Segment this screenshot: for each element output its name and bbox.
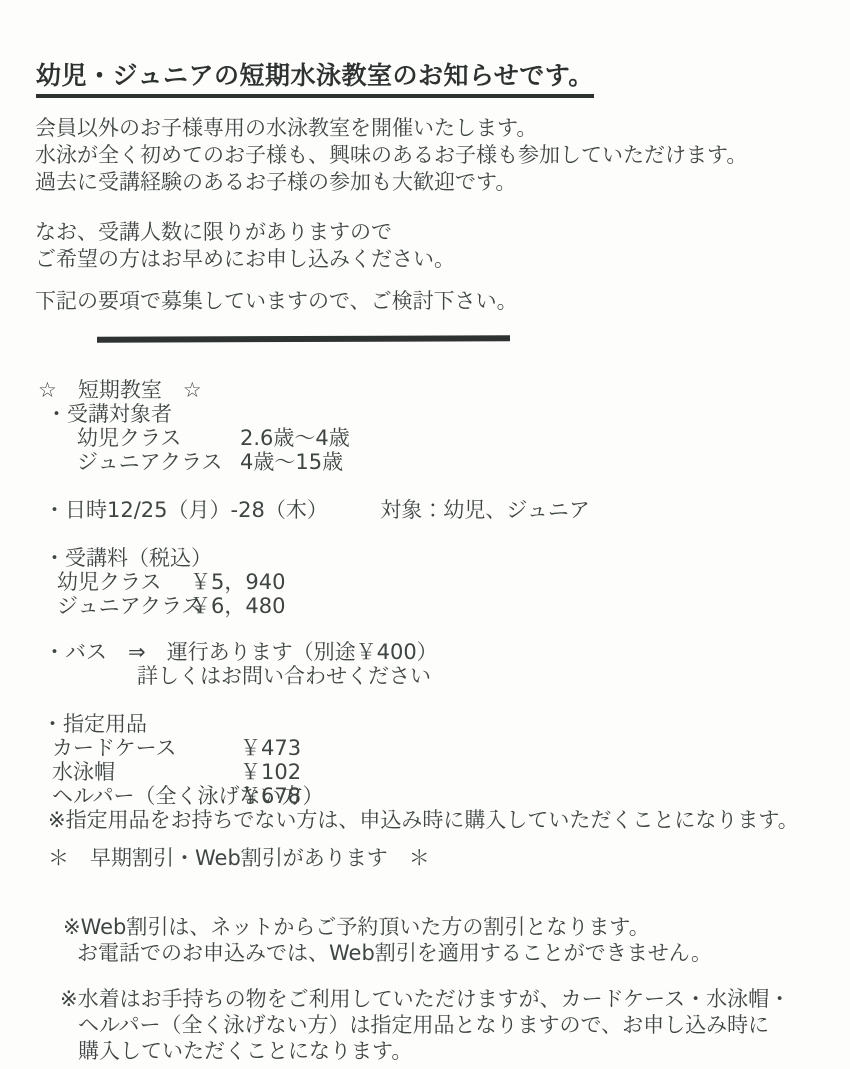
fee-label: ・受講料（税込） bbox=[44, 546, 835, 570]
text-line: ※Web割引は、ネットからご予約頂いた方の割引となります。 bbox=[63, 914, 835, 940]
item-name: カードケース bbox=[52, 736, 240, 760]
text-line: 水泳が全く初めてのお子様も、興味のあるお子様も参加していただけます。 bbox=[35, 142, 835, 169]
item-price: ￥102 bbox=[240, 760, 301, 784]
text-line: 購入していただくことになります。 bbox=[78, 1038, 835, 1064]
text-line: 過去に受講経験のあるお子様の参加も大歓迎です。 bbox=[35, 169, 835, 196]
fee-row: 幼児クラス ￥5，940 bbox=[57, 570, 835, 594]
goods-row: カードケース ￥473 bbox=[52, 736, 835, 760]
text-line: お電話でのお申込みでは、Web割引を適用することができません。 bbox=[77, 940, 835, 966]
swimwear-note: ※水着はお手持ちの物をご利用していただけますが、カードケース・水泳帽・ ヘルパー… bbox=[35, 986, 835, 1064]
fee-row: ジュニアクラス ￥6，480 bbox=[57, 594, 835, 618]
fee-price: ￥6，480 bbox=[190, 594, 285, 618]
bus-info: ・バス ⇒ 運行あります（別途￥400） 詳しくはお問い合わせください bbox=[35, 640, 835, 688]
goods-note: ※指定用品をお持ちでない方は、申込み時に購入していただくことになります。 bbox=[48, 808, 835, 832]
scanned-notice-page: 幼児・ジュニアの短期水泳教室のお知らせです。 会員以外のお子様専用の水泳教室を開… bbox=[0, 0, 850, 1069]
fee-price: ￥5，940 bbox=[190, 570, 285, 594]
class-name: 幼児クラス bbox=[77, 426, 240, 450]
audience-row: 幼児クラス 2.6歳～4歳 bbox=[77, 426, 835, 450]
course-section: ☆ 短期教室 ☆ ・受講対象者 幼児クラス 2.6歳～4歳 ジュニアクラス 4歳… bbox=[35, 378, 835, 870]
intro-paragraph-3: 下記の要項で募集していますので、ご検討下さい。 bbox=[35, 288, 835, 315]
intro-paragraph-1: 会員以外のお子様専用の水泳教室を開催いたします。 水泳が全く初めてのお子様も、興… bbox=[35, 115, 835, 196]
item-price: ￥473 bbox=[240, 736, 301, 760]
bus-line-1: ・バス ⇒ 運行あります（別途￥400） bbox=[44, 640, 835, 664]
discount-promo-line: ＊ 早期割引・Web割引があります ＊ bbox=[48, 846, 835, 870]
class-name: ジュニアクラス bbox=[77, 450, 240, 474]
intro-paragraph-2: なお、受講人数に限りがありますので ご希望の方はお早めにお申し込みください。 bbox=[35, 219, 835, 273]
item-price: ￥678 bbox=[240, 784, 301, 808]
text-line: ご希望の方はお早めにお申し込みください。 bbox=[35, 246, 835, 273]
title-row: 幼児・ジュニアの短期水泳教室のお知らせです。 bbox=[35, 0, 835, 98]
class-age-range: 4歳～15歳 bbox=[240, 450, 343, 474]
audience-rows: 幼児クラス 2.6歳～4歳 ジュニアクラス 4歳～15歳 bbox=[35, 426, 835, 474]
notice-content: 幼児・ジュニアの短期水泳教室のお知らせです。 会員以外のお子様専用の水泳教室を開… bbox=[35, 0, 835, 1064]
section-heading: ☆ 短期教室 ☆ bbox=[38, 378, 835, 402]
text-line: ヘルパー（全く泳げない方）は指定用品となりますので、お申し込み時に bbox=[78, 1012, 835, 1038]
footnotes: ※Web割引は、ネットからご予約頂いた方の割引となります。 お電話でのお申込みで… bbox=[35, 914, 835, 1064]
text-line: なお、受講人数に限りがありますので bbox=[35, 219, 835, 246]
goods-row: 水泳帽 ￥102 bbox=[52, 760, 835, 784]
text-line: 下記の要項で募集していますので、ご検討下さい。 bbox=[35, 288, 835, 315]
audience-label: ・受講対象者 bbox=[46, 402, 835, 426]
web-discount-note: ※Web割引は、ネットからご予約頂いた方の割引となります。 お電話でのお申込みで… bbox=[35, 914, 835, 966]
section-divider-bar bbox=[97, 335, 510, 342]
audience-row: ジュニアクラス 4歳～15歳 bbox=[77, 450, 835, 474]
goods-row: ヘルパー（全く泳げない方） ￥678 bbox=[52, 784, 835, 808]
text-line: 会員以外のお子様専用の水泳教室を開催いたします。 bbox=[35, 115, 835, 142]
goods-rows: カードケース ￥473 水泳帽 ￥102 ヘルパー（全く泳げない方） ￥678 bbox=[35, 736, 835, 808]
bus-line-2: 詳しくはお問い合わせください bbox=[137, 664, 835, 688]
page-title: 幼児・ジュニアの短期水泳教室のお知らせです。 bbox=[36, 60, 594, 98]
class-name: 幼児クラス bbox=[57, 570, 190, 594]
goods-label: ・指定用品 bbox=[42, 712, 835, 736]
fee-rows: 幼児クラス ￥5，940 ジュニアクラス ￥6，480 bbox=[35, 570, 835, 618]
class-age-range: 2.6歳～4歳 bbox=[240, 426, 350, 450]
item-name: ヘルパー（全く泳げない方） bbox=[52, 784, 240, 808]
text-line: ※水着はお手持ちの物をご利用していただけますが、カードケース・水泳帽・ bbox=[60, 986, 835, 1012]
schedule-line: ・日時12/25（月）-28（木） 対象：幼児、ジュニア bbox=[44, 498, 835, 522]
item-name: 水泳帽 bbox=[52, 760, 240, 784]
class-name: ジュニアクラス bbox=[57, 594, 190, 618]
